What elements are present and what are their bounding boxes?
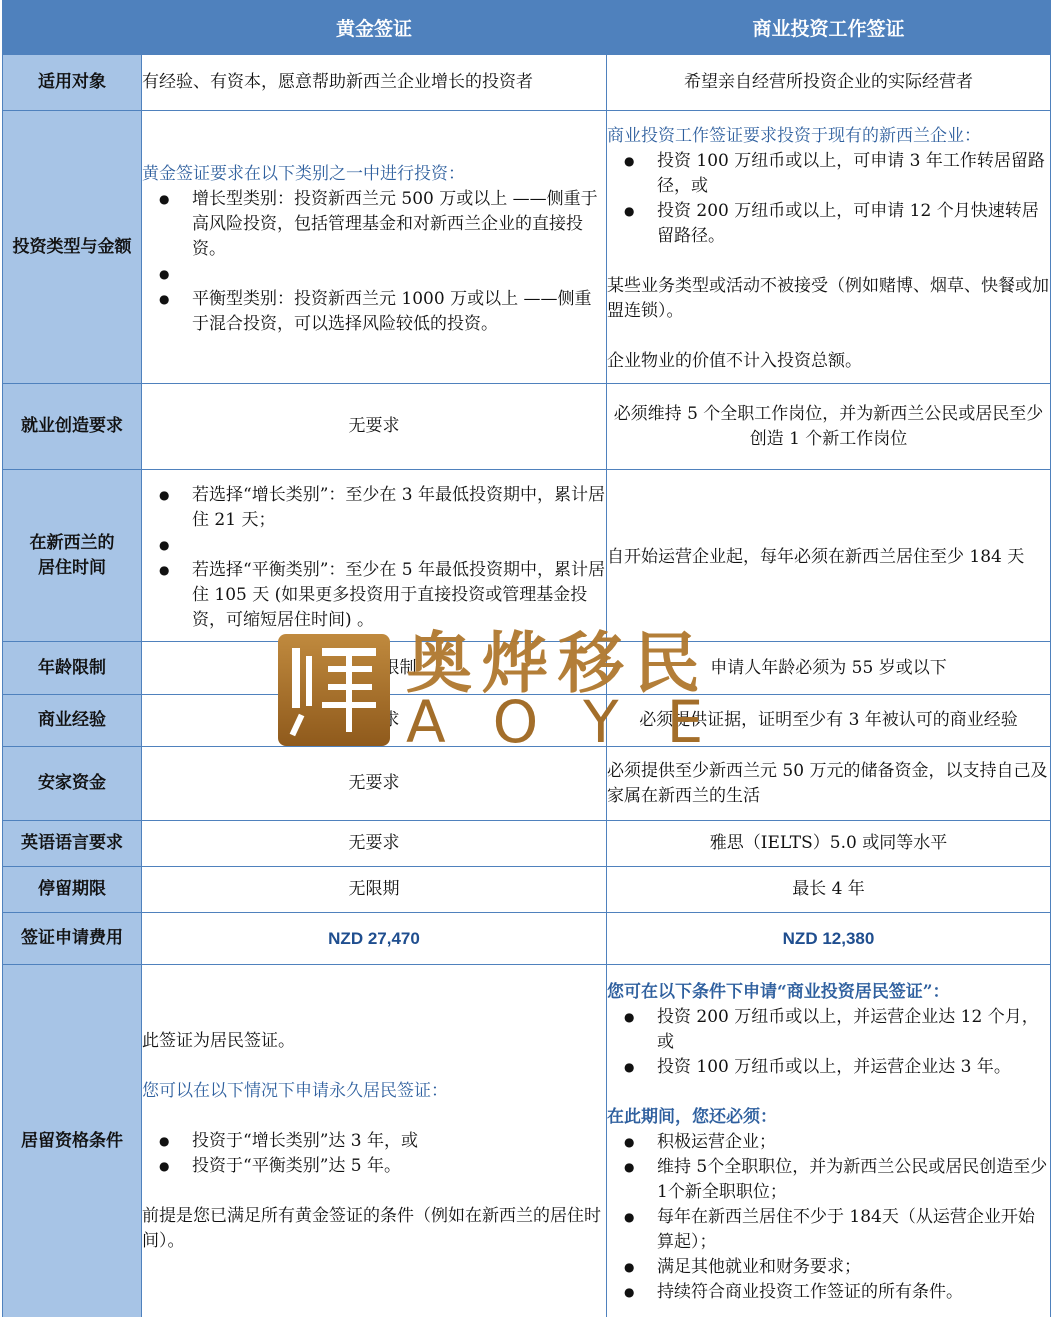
- golden-cell: 无要求: [142, 747, 607, 821]
- row-residence-time: 在新西兰的居住时间 若选择“增长类别”：至少在 3 年最低投资期中，累计居住 2…: [3, 470, 1051, 642]
- row-jobs: 就业创造要求 无要求 必须维持 5 个全职工作岗位，并为新西兰公民或居民至少创造…: [3, 384, 1051, 470]
- spacer: [607, 324, 1050, 349]
- bullet-list: 增长型类别：投资新西兰元 500 万或以上 ——侧重于高风险投资，包括管理基金和…: [142, 187, 606, 337]
- list-item: 增长型类别：投资新西兰元 500 万或以上 ——侧重于高风险投资，包括管理基金和…: [192, 187, 606, 262]
- header-corner: [3, 1, 142, 55]
- list-item: 满足其他就业和财务要求；: [657, 1255, 1050, 1280]
- note: 某些业务类型或活动不被接受（例如赌博、烟草、快餐或加盟连锁）。: [607, 274, 1050, 324]
- list-item: 每年在新西兰居住不少于 184天（从运营企业开始算起）；: [657, 1205, 1050, 1255]
- row-audience: 适用对象 有经验、有资本，愿意帮助新西兰企业增长的投资者 希望亲自经营所投资企业…: [3, 55, 1051, 111]
- section-intro: 在此期间，您还必须：: [607, 1105, 1050, 1130]
- row-label: 投资类型与金额: [3, 111, 142, 384]
- row-label: 年龄限制: [3, 642, 142, 695]
- spacer: [607, 1080, 1050, 1105]
- bullet-list: 积极运营企业； 维持 5个全职职位，并为新西兰公民或居民创造至少 1个新全职职位…: [607, 1130, 1050, 1305]
- list-item: 投资 200 万纽币或以上，并运营企业达 12 个月，或: [657, 1005, 1050, 1055]
- list-item: 维持 5个全职职位，并为新西兰公民或居民创造至少 1个新全职职位；: [657, 1155, 1050, 1205]
- row-label: 签证申请费用: [3, 913, 142, 965]
- spacer: [607, 249, 1050, 274]
- row-label: 英语语言要求: [3, 821, 142, 867]
- golden-cell: 有经验、有资本，愿意帮助新西兰企业增长的投资者: [142, 55, 607, 111]
- business-cell: 希望亲自经营所投资企业的实际经营者: [607, 55, 1051, 111]
- golden-cell: 此签证为居民签证。 您可以在以下情况下申请永久居民签证： 投资于“增长类别”达 …: [142, 965, 607, 1317]
- list-item: 平衡型类别：投资新西兰元 1000 万或以上 ——侧重于混合投资，可以选择风险较…: [192, 287, 606, 337]
- spacer: [192, 262, 606, 287]
- row-label: 居留资格条件: [3, 965, 142, 1317]
- row-fee: 签证申请费用 NZD 27,470 NZD 12,380: [3, 913, 1051, 965]
- row-label: 商业经验: [3, 695, 142, 747]
- business-cell: 必须提供至少新西兰元 50 万元的储备资金，以支持自己及家属在新西兰的生活: [607, 747, 1051, 821]
- business-cell: 雅思（IELTS）5.0 或同等水平: [607, 821, 1051, 867]
- business-cell: 最长 4 年: [607, 867, 1051, 913]
- section-intro: 商业投资工作签证要求投资于现有的新西兰企业：: [607, 124, 1050, 149]
- list-item: 投资于“平衡类别”达 5 年。: [192, 1154, 606, 1179]
- row-label: 就业创造要求: [3, 384, 142, 470]
- golden-cell: 无要求: [142, 384, 607, 470]
- row-investment: 投资类型与金额 黄金签证要求在以下类别之一中进行投资： 增长型类别：投资新西兰元…: [3, 111, 1051, 384]
- list-item: 投资 200 万纽币或以上，可申请 12 个月快速转居留路径。: [657, 199, 1050, 249]
- row-settlement: 安家资金 无要求 必须提供至少新西兰元 50 万元的储备资金，以支持自己及家属在…: [3, 747, 1051, 821]
- row-english: 英语语言要求 无要求 雅思（IELTS）5.0 或同等水平: [3, 821, 1051, 867]
- row-residency: 居留资格条件 此签证为居民签证。 您可以在以下情况下申请永久居民签证： 投资于“…: [3, 965, 1051, 1317]
- seal-icon: [278, 634, 390, 746]
- watermark-logo: 奥烨移民 AOYE: [278, 634, 778, 746]
- section-intro: 您可以在以下情况下申请永久居民签证：: [142, 1079, 606, 1104]
- bullet-list: 投资于“增长类别”达 3 年，或 投资于“平衡类别”达 5 年。: [142, 1129, 606, 1179]
- list-item: 投资 100 万纽币或以上，并运营企业达 3 年。: [657, 1055, 1050, 1080]
- footer-note: 前提是您已满足所有黄金签证的条件（例如在新西兰的居住时间）。: [142, 1204, 606, 1254]
- bullet-list: 投资 100 万纽币或以上，可申请 3 年工作转居留路径，或 投资 200 万纽…: [607, 149, 1050, 249]
- golden-cell: 若选择“增长类别”：至少在 3 年最低投资期中，累计居住 21 天； 若选择“平…: [142, 470, 607, 642]
- header-golden-visa: 黄金签证: [142, 1, 607, 55]
- row-label: 在新西兰的居住时间: [3, 470, 142, 642]
- golden-cell: 黄金签证要求在以下类别之一中进行投资： 增长型类别：投资新西兰元 500 万或以…: [142, 111, 607, 384]
- list-item: 投资 100 万纽币或以上，可申请 3 年工作转居留路径，或: [657, 149, 1050, 199]
- row-label: 安家资金: [3, 747, 142, 821]
- section-intro: 黄金签证要求在以下类别之一中进行投资：: [142, 162, 606, 187]
- business-cell: 您可在以下条件下申请“商业投资居民签证”： 投资 200 万纽币或以上，并运营企…: [607, 965, 1051, 1317]
- row-label: 适用对象: [3, 55, 142, 111]
- row-label: 停留期限: [3, 867, 142, 913]
- list-item: 持续符合商业投资工作签证的所有条件。: [657, 1280, 1050, 1305]
- bullet-list: 投资 200 万纽币或以上，并运营企业达 12 个月，或 投资 100 万纽币或…: [607, 1005, 1050, 1080]
- watermark-en-text: AOYE: [406, 696, 751, 748]
- list-item: 若选择“平衡类别”：至少在 5 年最低投资期中，累计居住 105 天 (如果更多…: [192, 558, 606, 633]
- spacer: [142, 1104, 606, 1129]
- list-item: 投资于“增长类别”达 3 年，或: [192, 1129, 606, 1154]
- header-business-visa: 商业投资工作签证: [607, 1, 1051, 55]
- row-stay: 停留期限 无限期 最长 4 年: [3, 867, 1051, 913]
- business-cell: 商业投资工作签证要求投资于现有的新西兰企业： 投资 100 万纽币或以上，可申请…: [607, 111, 1051, 384]
- golden-cell: 无限期: [142, 867, 607, 913]
- golden-fee: NZD 27,470: [142, 913, 607, 965]
- header-row: 黄金签证 商业投资工作签证: [3, 1, 1051, 55]
- note: 企业物业的价值不计入投资总额。: [607, 349, 1050, 374]
- spacer: [192, 533, 606, 558]
- business-cell: 自开始运营企业起，每年必须在新西兰居住至少 184 天: [607, 470, 1051, 642]
- bullet-list: 若选择“增长类别”：至少在 3 年最低投资期中，累计居住 21 天； 若选择“平…: [142, 483, 606, 633]
- business-cell: 必须维持 5 个全职工作岗位，并为新西兰公民或居民至少创造 1 个新工作岗位: [607, 384, 1051, 470]
- section-intro: 您可在以下条件下申请“商业投资居民签证”：: [607, 980, 1050, 1005]
- business-fee: NZD 12,380: [607, 913, 1051, 965]
- spacer: [142, 1054, 606, 1079]
- residency-line: 此签证为居民签证。: [142, 1029, 606, 1054]
- list-item: 若选择“增长类别”：至少在 3 年最低投资期中，累计居住 21 天；: [192, 483, 606, 533]
- golden-cell: 无要求: [142, 821, 607, 867]
- list-item: 积极运营企业；: [657, 1130, 1050, 1155]
- spacer: [142, 1179, 606, 1204]
